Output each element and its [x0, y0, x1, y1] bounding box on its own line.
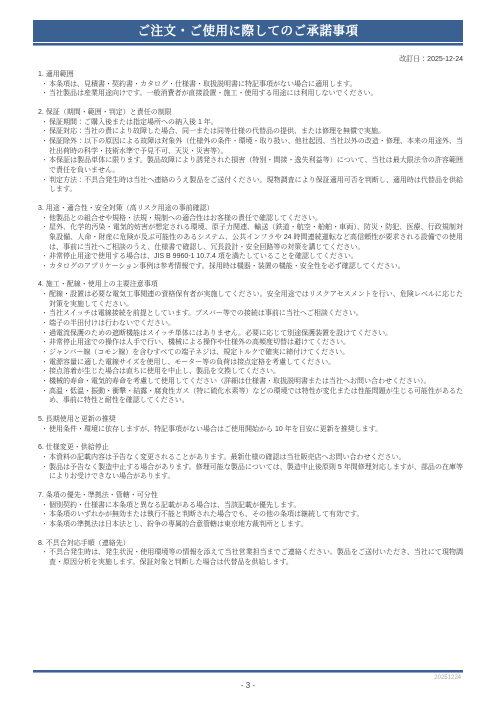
document-title: ご注文・ご使用に際してのご承諾事項: [33, 20, 463, 42]
bullet-text: 保証除外：以下の原因による故障は対象外（仕様外の条件・環境・取り扱い、他社起因、…: [49, 137, 463, 156]
page-number: - 3 -: [33, 681, 463, 690]
page-footer: 20251224 - 3 -: [33, 670, 463, 690]
bullet-item: ・接点溶着が生じた場合は直ちに使用を中止し、製品を交換してください。: [33, 367, 463, 377]
sections: 1. 適用範囲・本条項は、見積書・契約書・カタログ・仕様書・取扱説明書に特記事項…: [33, 70, 463, 568]
footer-date-code: 20251224: [434, 675, 461, 681]
bullet-item: ・使用条件・環境に依存しますが、特記事項がない場合はご使用開始から 10 年を目…: [33, 425, 463, 435]
bullet-marker: ・: [41, 309, 49, 319]
bullet-marker: ・: [41, 453, 49, 463]
bullet-text: 不具合発生時は、発生状況・使用環境等の情報を添えて当社営業担当までご連絡ください…: [49, 548, 463, 567]
bullet-text: 本条項は、見積書・契約書・カタログ・仕様書・取扱説明書に特記事項がない場合に適用…: [49, 80, 463, 90]
bullet-marker: ・: [41, 548, 49, 567]
bullet-item: ・高温・低温・振動・衝撃・結露・腐食性ガス（特に硫化水素等）などの環境では特性が…: [33, 387, 463, 406]
section: 2. 保証（期間・範囲・判定）と責任の制限・保証期間：ご購入後または指定場所への…: [33, 108, 463, 195]
bullet-item: ・本条項のいずれかが無効または執行不能と判断された場合でも、その他の条項は継続し…: [33, 510, 463, 520]
bullet-text: ジャンパー線（コモン線）を含むすべての端子ネジは、規定トルクで確実に締付けてくだ…: [49, 348, 463, 358]
bullet-marker: ・: [41, 319, 49, 329]
bullet-marker: ・: [41, 425, 49, 435]
bullet-item: ・端子の半田付けは行わないでください。: [33, 319, 463, 329]
bullet-text: 製品は予告なく製造中止する場合があります。修理可能な製品については、製造中止後原…: [49, 463, 463, 482]
bullet-item: ・カタログのアプリケーション事例は参考情報です。採用時は機器・装置の機能・安全性…: [33, 262, 463, 272]
bullet-item: ・本保証は製品単体に限ります。製品故障により誘発された損害（特別・間接・逸失利益…: [33, 156, 463, 175]
document-page: ご注文・ご使用に際してのご承諾事項 改訂日：2025-12-24 1. 適用範囲…: [0, 0, 496, 701]
bullet-marker: ・: [41, 377, 49, 387]
bullet-item: ・保証期間：ご購入後または指定場所への納入後 1 年。: [33, 118, 463, 128]
section: 3. 用途・適合性・安全対策（高リスク用途の事前確認）・他製品との組合せや規格・…: [33, 204, 463, 272]
bullet-marker: ・: [41, 329, 49, 339]
bullet-text: 端子の半田付けは行わないでください。: [49, 319, 463, 329]
bullet-text: 非常停止用途で使用する場合は、JIS B 9960-1 10.7.4 項を満たし…: [49, 252, 463, 262]
bullet-text: 保証対応：当社の責により故障した場合、同一または同等仕様の代替品の提供、または修…: [49, 127, 463, 137]
bullet-text: 屋外、化学的汚染・電気的妨害が想定される環境、原子力関連、輸送（鉄道・航空・船舶…: [49, 223, 463, 252]
section: 7. 条項の優先・準拠法・管轄・可分性・個別契約・仕様書に本条項と異なる記載があ…: [33, 491, 463, 530]
bullet-text: カタログのアプリケーション事例は参考情報です。採用時は機器・装置の機能・安全性を…: [49, 262, 463, 272]
title-divider: [33, 43, 463, 46]
bullet-text: 非常停止用途での操作は人手で行い、機械による操作や仕様外の高頻度切替は避けてくだ…: [49, 338, 463, 348]
section-title: 2. 保証（期間・範囲・判定）と責任の制限: [33, 108, 463, 118]
section: 4. 施工・配線・使用上の主要注意事項・配線・設置は必要な電気工事関連の資格保有…: [33, 280, 463, 406]
bullet-marker: ・: [41, 127, 49, 137]
bullet-marker: ・: [41, 510, 49, 520]
bullet-item: ・電源容量に適した電線サイズを使用し、モーター等の負荷は接点定格を考慮してくださ…: [33, 358, 463, 368]
bullet-marker: ・: [41, 520, 49, 530]
bullet-text: 保証期間：ご購入後または指定場所への納入後 1 年。: [49, 118, 463, 128]
bullet-marker: ・: [41, 338, 49, 348]
section: 8. 不具合対応手順（連絡先）・不具合発生時は、発生状況・使用環境等の情報を添え…: [33, 539, 463, 568]
section-title: 8. 不具合対応手順（連絡先）: [33, 539, 463, 549]
bullet-marker: ・: [41, 358, 49, 368]
bullet-item: ・ジャンパー線（コモン線）を含むすべての端子ネジは、規定トルクで確実に締付けてく…: [33, 348, 463, 358]
bullet-marker: ・: [41, 367, 49, 377]
bullet-item: ・本資料の記載内容は予告なく変更されることがあります。最新仕様の確認は当社販売店…: [33, 453, 463, 463]
bullet-text: 機械的寿命・電気的寿命を考慮して使用してください（詳細は仕様書・取扱説明書または…: [49, 377, 463, 387]
bullet-marker: ・: [41, 387, 49, 406]
bullet-text: 個別契約・仕様書に本条項と異なる記載がある場合は、当該記載が優先します。: [49, 501, 463, 511]
section: 6. 仕様変更・供給停止・本資料の記載内容は予告なく変更されることがあります。最…: [33, 443, 463, 482]
bullet-text: 接点溶着が生じた場合は直ちに使用を中止し、製品を交換してください。: [49, 367, 463, 377]
bullet-marker: ・: [41, 118, 49, 128]
bullet-text: 過電流保護のための遮断機能はスイッチ単体にはありません。必要に応じて別途保護装置…: [49, 329, 463, 339]
bullet-item: ・当社製品は産業用途向けです。一般消費者が直接設置・施工・使用する用途には利用し…: [33, 89, 463, 99]
bullet-text: 当社製品は産業用途向けです。一般消費者が直接設置・施工・使用する用途には利用しな…: [49, 89, 463, 99]
bullet-text: 本保証は製品単体に限ります。製品故障により誘発された損害（特別・間接・逸失利益等…: [49, 156, 463, 175]
bullet-item: ・機械的寿命・電気的寿命を考慮して使用してください（詳細は仕様書・取扱説明書また…: [33, 377, 463, 387]
bullet-text: 他製品との組合せや規格・法規・規制への適合性はお客様の責任で確認してください。: [49, 214, 463, 224]
section-title: 1. 適用範囲: [33, 70, 463, 80]
bullet-marker: ・: [41, 290, 49, 309]
bullet-text: 判定方法：不具合発生時は当社へ連絡のうえ製品をご送付ください。現物調査により保証…: [49, 176, 463, 195]
bullet-marker: ・: [41, 223, 49, 252]
bullet-item: ・屋外、化学的汚染・電気的妨害が想定される環境、原子力関連、輸送（鉄道・航空・船…: [33, 223, 463, 252]
footer-divider: [33, 670, 463, 673]
bullet-marker: ・: [41, 348, 49, 358]
bullet-text: 使用条件・環境に依存しますが、特記事項がない場合はご使用開始から 10 年を目安…: [49, 425, 463, 435]
bullet-item: ・当社スイッチは電線接続を前提としています。ブスバー等での接続は事前に当社へご相…: [33, 309, 463, 319]
bullet-text: 当社スイッチは電線接続を前提としています。ブスバー等での接続は事前に当社へご相談…: [49, 309, 463, 319]
bullet-item: ・不具合発生時は、発生状況・使用環境等の情報を添えて当社営業担当までご連絡くださ…: [33, 548, 463, 567]
bullet-text: 本条項の準拠法は日本法とし、紛争の専属的合意管轄は東京地方裁判所とします。: [49, 520, 463, 530]
section-title: 5. 長期使用と更新の推奨: [33, 415, 463, 425]
bullet-item: ・配線・設置は必要な電気工事関連の資格保有者が実施してください。安全用途ではリス…: [33, 290, 463, 309]
bullet-marker: ・: [41, 156, 49, 175]
bullet-item: ・本条項は、見積書・契約書・カタログ・仕様書・取扱説明書に特記事項がない場合に適…: [33, 80, 463, 90]
bullet-item: ・過電流保護のための遮断機能はスイッチ単体にはありません。必要に応じて別途保護装…: [33, 329, 463, 339]
bullet-text: 配線・設置は必要な電気工事関連の資格保有者が実施してください。安全用途ではリスク…: [49, 290, 463, 309]
section: 1. 適用範囲・本条項は、見積書・契約書・カタログ・仕様書・取扱説明書に特記事項…: [33, 70, 463, 99]
revision-date: 改訂日：2025-12-24: [33, 54, 463, 64]
section: 5. 長期使用と更新の推奨・使用条件・環境に依存しますが、特記事項がない場合はご…: [33, 415, 463, 434]
bullet-text: 本資料の記載内容は予告なく変更されることがあります。最新仕様の確認は当社販売店へ…: [49, 453, 463, 463]
bullet-marker: ・: [41, 262, 49, 272]
bullet-item: ・非常停止用途で使用する場合は、JIS B 9960-1 10.7.4 項を満た…: [33, 252, 463, 262]
bullet-marker: ・: [41, 463, 49, 482]
bullet-item: ・本条項の準拠法は日本法とし、紛争の専属的合意管轄は東京地方裁判所とします。: [33, 520, 463, 530]
bullet-text: 高温・低温・振動・衝撃・結露・腐食性ガス（特に硫化水素等）などの環境では特性が変…: [49, 387, 463, 406]
bullet-marker: ・: [41, 501, 49, 511]
bullet-text: 本条項のいずれかが無効または執行不能と判断された場合でも、その他の条項は継続して…: [49, 510, 463, 520]
bullet-marker: ・: [41, 252, 49, 262]
bullet-marker: ・: [41, 89, 49, 99]
bullet-item: ・判定方法：不具合発生時は当社へ連絡のうえ製品をご送付ください。現物調査により保…: [33, 176, 463, 195]
bullet-item: ・非常停止用途での操作は人手で行い、機械による操作や仕様外の高頻度切替は避けてく…: [33, 338, 463, 348]
bullet-item: ・他製品との組合せや規格・法規・規制への適合性はお客様の責任で確認してください。: [33, 214, 463, 224]
bullet-text: 電源容量に適した電線サイズを使用し、モーター等の負荷は接点定格を考慮してください…: [49, 358, 463, 368]
bullet-item: ・保証除外：以下の原因による故障は対象外（仕様外の条件・環境・取り扱い、他社起因…: [33, 137, 463, 156]
bullet-marker: ・: [41, 214, 49, 224]
bullet-item: ・個別契約・仕様書に本条項と異なる記載がある場合は、当該記載が優先します。: [33, 501, 463, 511]
bullet-item: ・保証対応：当社の責により故障した場合、同一または同等仕様の代替品の提供、または…: [33, 127, 463, 137]
bullet-item: ・製品は予告なく製造中止する場合があります。修理可能な製品については、製造中止後…: [33, 463, 463, 482]
bullet-marker: ・: [41, 137, 49, 156]
bullet-marker: ・: [41, 176, 49, 195]
section-title: 6. 仕様変更・供給停止: [33, 443, 463, 453]
section-title: 3. 用途・適合性・安全対策（高リスク用途の事前確認）: [33, 204, 463, 214]
section-title: 7. 条項の優先・準拠法・管轄・可分性: [33, 491, 463, 501]
section-title: 4. 施工・配線・使用上の主要注意事項: [33, 280, 463, 290]
bullet-marker: ・: [41, 80, 49, 90]
